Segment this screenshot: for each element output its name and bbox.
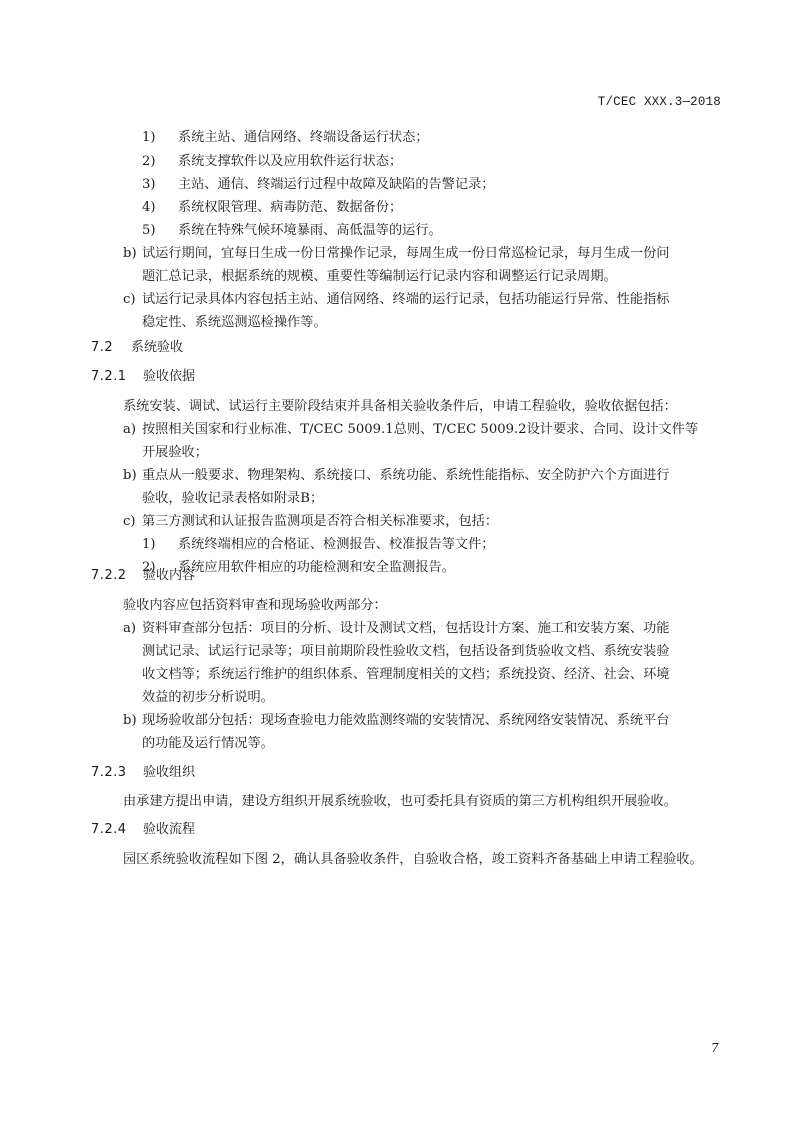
section-heading: 7.2.4验收流程 bbox=[91, 821, 195, 839]
list-label: a) bbox=[123, 421, 136, 439]
section-number: 7.2 bbox=[91, 339, 131, 357]
document-code: T/CEC XXX.3—2018 bbox=[598, 95, 721, 109]
paragraph-line: 按照相关国家和行业标准、T/CEC 5009.1总则、T/CEC 5009.2设… bbox=[142, 421, 698, 439]
paragraph-line: 开展验收； bbox=[142, 444, 208, 462]
list-text: 系统终端相应的合格证、检测报告、校准报告等文件； bbox=[178, 536, 495, 554]
section-heading: 7.2.2验收内容 bbox=[91, 567, 195, 585]
paragraph-line: 稳定性、系统巡测巡检操作等。 bbox=[142, 314, 327, 332]
section-number: 7.2.4 bbox=[91, 821, 143, 839]
paragraph-line: 试运行期间，宜每日生成一份日常操作记录，每周生成一份日常巡检记录，每月生成一份问 bbox=[142, 245, 670, 263]
section-number: 7.2.2 bbox=[91, 567, 143, 585]
paragraph-line: 现场验收部分包括：现场查验电力能效监测终端的安装情况、系统网络安装情况、系统平台 bbox=[142, 712, 670, 730]
list-item: 5) 系统在特殊气候环境暴雨、高低温等的运行。 bbox=[142, 222, 156, 240]
page-number: 7 bbox=[711, 1041, 719, 1055]
list-text: 系统权限管理、病毒防范、数据备份； bbox=[178, 199, 402, 217]
list-item: 1) 系统主站、通信网络、终端设备运行状态； bbox=[142, 129, 156, 147]
list-item: 4) 系统权限管理、病毒防范、数据备份； bbox=[142, 199, 156, 217]
list-label: c) bbox=[123, 291, 136, 309]
list-number: 4) bbox=[142, 200, 156, 215]
paragraph-line: 园区系统验收流程如下图 2，确认具备验收条件，自验收合格，竣工资料齐备基础上申请… bbox=[123, 851, 703, 869]
list-text: 系统应用软件相应的功能检测和安全监测报告。 bbox=[178, 559, 455, 577]
section-title: 验收内容 bbox=[143, 568, 195, 583]
list-number: 3) bbox=[142, 177, 156, 192]
paragraph-line: 资料审查部分包括：项目的分析、设计及测试文档，包括设计方案、施工和安装方案、功能 bbox=[142, 620, 670, 638]
paragraph-line: 重点从一般要求、物理架构、系统接口、系统功能、系统性能指标、安全防护六个方面进行 bbox=[142, 467, 670, 485]
section-title: 系统验收 bbox=[131, 340, 183, 355]
paragraph-line: 验收内容应包括资料审查和现场验收两部分： bbox=[123, 597, 387, 615]
paragraph-line: 题汇总记录，根据系统的规模、重要性等编制运行记录内容和调整运行记录周期。 bbox=[142, 268, 617, 286]
list-number: 5) bbox=[142, 223, 156, 238]
section-heading: 7.2系统验收 bbox=[91, 339, 183, 357]
list-number: 1) bbox=[142, 537, 156, 552]
list-label: b) bbox=[123, 712, 137, 730]
list-label: b) bbox=[123, 245, 137, 263]
list-label: c) bbox=[123, 513, 136, 531]
paragraph-line: 由承建方提出申请，建设方组织开展系统验收，也可委托具有资质的第三方机构组织开展验… bbox=[123, 793, 677, 811]
list-text: 系统支撑软件以及应用软件运行状态； bbox=[178, 153, 402, 171]
list-text: 系统主站、通信网络、终端设备运行状态； bbox=[178, 129, 429, 147]
section-title: 验收组织 bbox=[143, 765, 195, 780]
paragraph-line: 测试记录、试运行记录等；项目前期阶段性验收文档，包括设备到货验收文档、系统安装验 bbox=[142, 643, 670, 661]
paragraph-line: 验收，验收记录表格如附录B； bbox=[142, 490, 323, 508]
paragraph-line: 收文档等；系统运行维护的组织体系、管理制度相关的文档；系统投资、经济、社会、环境 bbox=[142, 666, 670, 684]
list-text: 系统在特殊气候环境暴雨、高低温等的运行。 bbox=[178, 222, 442, 240]
list-item: 1) 系统终端相应的合格证、检测报告、校准报告等文件； bbox=[142, 536, 156, 554]
section-heading: 7.2.3验收组织 bbox=[91, 764, 195, 782]
list-item: 3) 主站、通信、终端运行过程中故障及缺陷的告警记录； bbox=[142, 176, 156, 194]
list-item: 2) 系统支撑软件以及应用软件运行状态； bbox=[142, 153, 156, 171]
list-number: 1) bbox=[142, 130, 156, 145]
list-label: a) bbox=[123, 620, 136, 638]
section-title: 验收依据 bbox=[143, 369, 195, 384]
section-number: 7.2.3 bbox=[91, 764, 143, 782]
paragraph-line: 效益的初步分析说明。 bbox=[142, 689, 274, 707]
paragraph-line: 的功能及运行情况等。 bbox=[142, 735, 274, 753]
list-label: b) bbox=[123, 467, 137, 485]
section-number: 7.2.1 bbox=[91, 368, 143, 386]
list-text: 主站、通信、终端运行过程中故障及缺陷的告警记录； bbox=[178, 176, 495, 194]
list-number: 2) bbox=[142, 154, 156, 169]
paragraph-line: 系统安装、调试、试运行主要阶段结束并具备相关验收条件后，申请工程验收，验收依据包… bbox=[123, 398, 677, 416]
paragraph-line: 试运行记录具体内容包括主站、通信网络、终端的运行记录，包括功能运行异常、性能指标 bbox=[142, 291, 670, 309]
section-title: 验收流程 bbox=[143, 822, 195, 837]
section-heading: 7.2.1验收依据 bbox=[91, 368, 195, 386]
paragraph-line: 第三方测试和认证报告监测项是否符合相关标准要求，包括： bbox=[142, 513, 498, 531]
